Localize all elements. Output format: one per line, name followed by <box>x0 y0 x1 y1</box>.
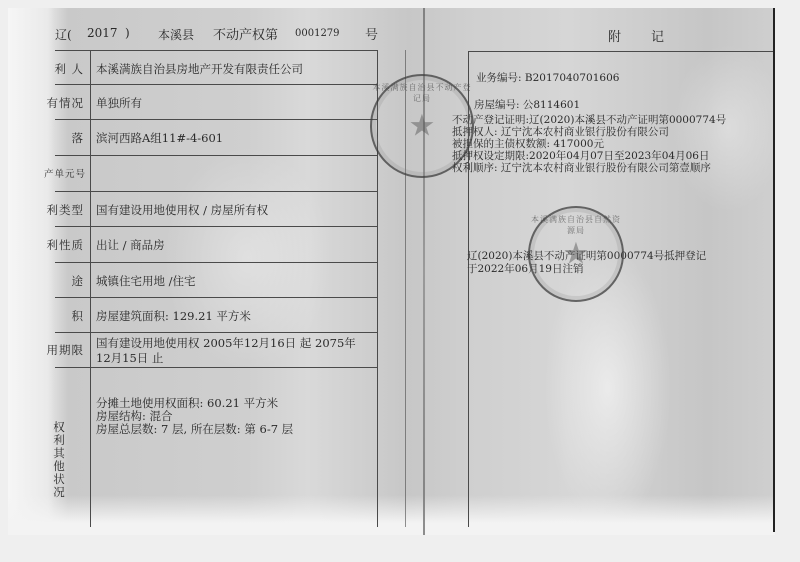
annex-house-no: 房屋编号: 公8114601 <box>474 97 580 112</box>
annex-business-no: 业务编号: B2017040701606 <box>476 70 619 85</box>
cert-title: 不动产权第 <box>213 24 278 43</box>
row-divider <box>55 367 378 368</box>
value-term: 国有建设用地使用权 2005年12月16日 起 2075年12月15日 止 <box>96 336 368 366</box>
value-right-holder: 本溪满族自治县房地产开发有限责任公司 <box>96 61 303 77</box>
label-ownership: 有情况 <box>44 95 84 111</box>
label-column-divider <box>90 50 91 527</box>
label-area: 积 <box>44 308 84 324</box>
annex-border-right <box>773 8 775 532</box>
value-right-nature: 出让 / 商品房 <box>96 237 165 253</box>
seal-text: 本溪满族自治县不动产登记局 <box>372 82 472 104</box>
value-usage: 城镇住宅用地 /住宅 <box>96 273 196 289</box>
value-ownership: 单独所有 <box>96 95 142 111</box>
paper-edge <box>8 8 54 535</box>
star-icon: ★ <box>409 109 436 144</box>
cert-suffix: 号 <box>365 24 378 43</box>
cert-year: 2017 <box>87 26 118 40</box>
value-right-type: 国有建设用地使用权 / 房屋所有权 <box>96 202 268 218</box>
label-location: 落 <box>44 130 84 146</box>
label-right-type: 利类型 <box>44 202 84 218</box>
value-location: 滨河西路A组11#-4-601 <box>96 130 223 146</box>
label-unit-number: 产单元号 <box>44 166 84 180</box>
annex-border-top <box>468 51 773 52</box>
table-border-top <box>55 50 378 51</box>
label-usage: 途 <box>44 273 84 289</box>
registration-seal-lower: 本溪满族自治县自然资源局 ★ <box>528 206 624 302</box>
seal-text: 本溪满族自治县自然资源局 <box>530 214 622 236</box>
label-term: 用期限 <box>44 342 84 358</box>
cert-county: 本溪县 <box>158 26 194 43</box>
annex-title: 附记 <box>608 26 694 45</box>
cert-number: 0001279 <box>295 28 340 39</box>
value-area: 房屋建筑面积: 129.21 平方米 <box>96 308 251 324</box>
row-divider <box>55 226 378 227</box>
row-divider <box>55 84 378 85</box>
label-right-holder: 利 人 <box>44 61 84 77</box>
annex-mortgage-line: 权利顺序: 辽宁沈本农村商业银行股份有限公司第壹顺序 <box>452 160 711 175</box>
registration-seal-upper: 本溪满族自治县不动产登记局 ★ <box>370 74 474 178</box>
row-divider <box>55 332 378 333</box>
label-right-nature: 利性质 <box>44 237 84 253</box>
row-divider <box>55 119 378 120</box>
row-divider <box>55 262 378 263</box>
star-icon: ★ <box>563 237 590 272</box>
row-divider <box>55 297 378 298</box>
cert-close-paren: ) <box>125 26 130 40</box>
row-divider <box>55 191 378 192</box>
cert-prefix: 辽( <box>55 26 72 43</box>
row-divider <box>55 155 378 156</box>
other-rights-line: 房屋总层数: 7 层, 所在层数: 第 6-7 层 <box>96 421 293 437</box>
label-other-rights: 权利其他状况 <box>52 421 66 499</box>
